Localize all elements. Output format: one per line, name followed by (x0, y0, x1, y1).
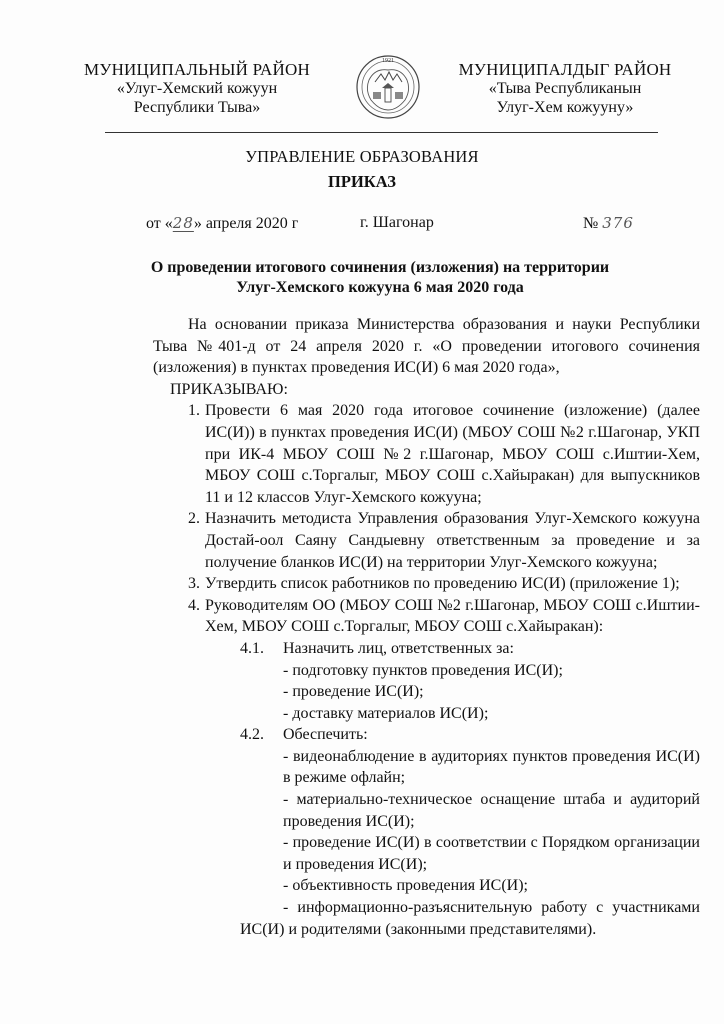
order-item-text: Провести 6 мая 2020 года итоговое сочине… (205, 402, 700, 505)
number-prefix: № (583, 215, 598, 232)
sub-item-4-1: 4.1. Назначить лиц, ответственных за: (188, 638, 700, 660)
bullet-item: - подготовку пунктов проведения ИС(И); (188, 660, 700, 682)
title-line1: О проведении итогового сочинения (изложе… (100, 258, 660, 278)
sub-item-text: Назначить лиц, ответственных за: (283, 640, 514, 657)
header-right-line3: Улуг-Хем кожууну» (440, 98, 690, 117)
title-line2: Улуг-Хемского кожууна 6 мая 2020 года (100, 278, 660, 298)
header-left-line2: «Улуг-Хемский кожуун (72, 79, 322, 98)
order-date: от «28» апреля 2020 г (146, 214, 298, 233)
order-title: О проведении итогового сочинения (изложе… (100, 258, 660, 298)
sub-item-text: Обеспечить: (283, 726, 368, 743)
order-item-text: Утвердить список работников по проведени… (205, 575, 680, 592)
order-item-number: 4. (188, 595, 200, 617)
bullet-item: - доставку материалов ИС(И); (188, 703, 700, 725)
header-right-block: МУНИЦИПАЛДЫГ РАЙОН «Тыва Республиканын У… (440, 60, 690, 117)
header-right-line1: МУНИЦИПАЛДЫГ РАЙОН (440, 60, 690, 79)
date-prefix: от « (146, 215, 173, 232)
number-handwritten: 376 (602, 214, 634, 232)
order-item-number: 2. (188, 508, 200, 530)
order-number: № 376 (583, 214, 634, 233)
document-type: ПРИКАЗ (0, 172, 724, 192)
order-word: ПРИКАЗЫВАЮ: (153, 379, 700, 401)
sub-item-number: 4.2. (240, 724, 264, 746)
order-item-2: 2. Назначить методиста Управления образо… (188, 508, 700, 573)
sub-item-number: 4.1. (240, 638, 264, 660)
document-page: МУНИЦИПАЛЬНЫЙ РАЙОН «Улуг-Хемский кожуун… (0, 0, 724, 1024)
bullet-item: - материально-техническое оснащение штаб… (188, 789, 700, 832)
bullet-item: - проведение ИС(И) в соответствии с Поря… (188, 832, 700, 875)
header-right-line2: «Тыва Республиканын (440, 79, 690, 98)
preamble-paragraph: На основании приказа Министерства образо… (153, 314, 700, 379)
header-divider (105, 132, 658, 133)
svg-text:1921: 1921 (382, 58, 394, 64)
header-left-line1: МУНИЦИПАЛЬНЫЙ РАЙОН (72, 60, 322, 79)
order-city: г. Шагонар (360, 214, 434, 232)
date-suffix: » апреля 2020 г (194, 215, 298, 232)
bullet-item-last: - информационно-разъяснительную работу с… (188, 897, 700, 940)
header-left-block: МУНИЦИПАЛЬНЫЙ РАЙОН «Улуг-Хемский кожуун… (72, 60, 322, 117)
bullet-item: - проведение ИС(И); (188, 681, 700, 703)
sub-item-4-2: 4.2. Обеспечить: (188, 724, 700, 746)
order-item-3: 3. Утвердить список работников по провед… (188, 573, 700, 595)
coat-of-arms-emblem-icon: 1921 (355, 50, 421, 124)
date-day-handwritten: 28 (173, 214, 194, 232)
order-item-1: 1. Провести 6 мая 2020 года итоговое соч… (188, 400, 700, 508)
order-body: На основании приказа Министерства образо… (153, 314, 700, 940)
organization-name: УПРАВЛЕНИЕ ОБРАЗОВАНИЯ (0, 147, 724, 167)
order-item-number: 3. (188, 573, 200, 595)
header-left-line3: Республики Тыва» (72, 98, 322, 117)
order-item-text: Руководителям ОО (МБОУ СОШ №2 г.Шагонар,… (205, 597, 700, 636)
bullet-item: - объективность проведения ИС(И); (188, 875, 700, 897)
bullet-item: - видеонаблюдение в аудиториях пунктов п… (188, 746, 700, 789)
order-item-4: 4. Руководителям ОО (МБОУ СОШ №2 г.Шагон… (188, 595, 700, 638)
order-items-list: 1. Провести 6 мая 2020 года итоговое соч… (153, 400, 700, 940)
order-item-text: Назначить методиста Управления образован… (205, 510, 700, 570)
order-item-number: 1. (188, 400, 200, 422)
